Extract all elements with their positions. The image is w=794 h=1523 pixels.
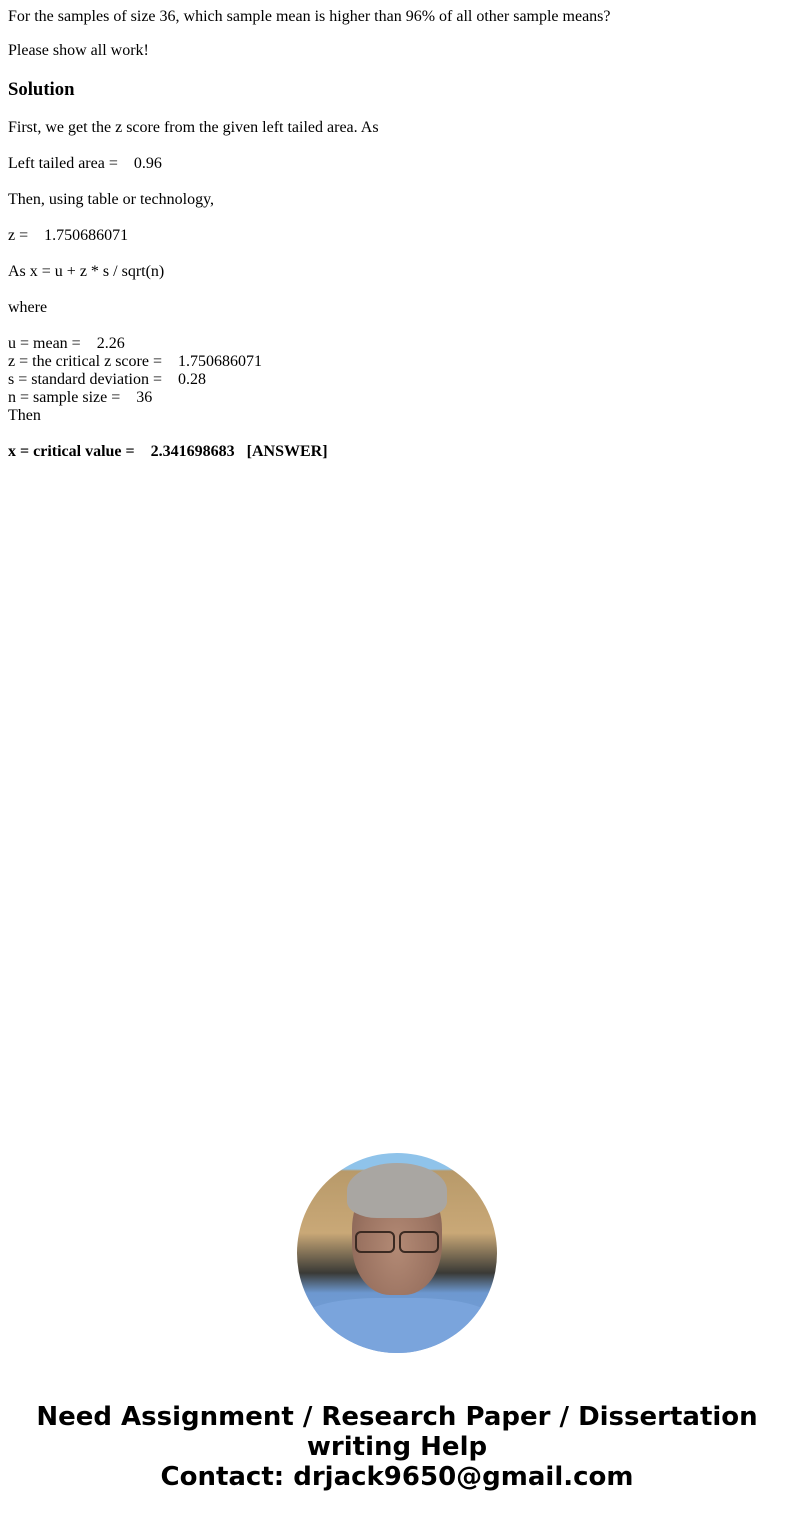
question-instruction: Please show all work! bbox=[8, 42, 149, 60]
definition-z-score: z = the critical z score = 1.750686071 bbox=[8, 353, 262, 371]
z-value: z = 1.750686071 bbox=[8, 227, 128, 245]
promo-line-2: writing Help bbox=[0, 1432, 794, 1462]
author-avatar bbox=[297, 1153, 497, 1353]
left-tailed-area: Left tailed area = 0.96 bbox=[8, 155, 162, 173]
definition-std-dev: s = standard deviation = 0.28 bbox=[8, 371, 206, 389]
answer-line: x = critical value = 2.341698683 [ANSWER… bbox=[8, 443, 328, 461]
promo-line-1: Need Assignment / Research Paper / Disse… bbox=[0, 1402, 794, 1432]
promo-contact: Contact: drjack9650@gmail.com bbox=[0, 1462, 794, 1492]
avatar-hair bbox=[347, 1163, 447, 1218]
promo-banner: Need Assignment / Research Paper / Disse… bbox=[0, 1402, 794, 1492]
question-text: For the samples of size 36, which sample… bbox=[8, 8, 611, 26]
definition-sample-size: n = sample size = 36 bbox=[8, 389, 152, 407]
avatar-shirt bbox=[297, 1298, 497, 1353]
solution-heading: Solution bbox=[8, 79, 74, 101]
then-using-table: Then, using table or technology, bbox=[8, 191, 214, 209]
where-label: where bbox=[8, 299, 47, 317]
then-label: Then bbox=[8, 407, 41, 425]
formula: As x = u + z * s / sqrt(n) bbox=[8, 263, 164, 281]
solution-intro: First, we get the z score from the given… bbox=[8, 119, 379, 137]
avatar-glasses bbox=[355, 1231, 439, 1251]
definition-mean: u = mean = 2.26 bbox=[8, 335, 125, 353]
